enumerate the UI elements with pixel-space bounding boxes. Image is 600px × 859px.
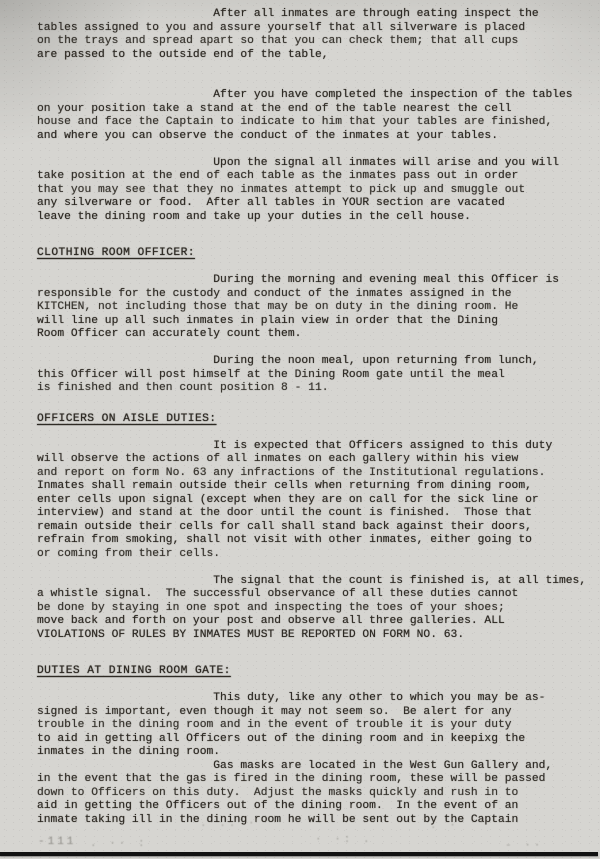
text-line: take position at the end of each table a… — [37, 170, 594, 184]
text-line: is finished and then count position 8 - … — [37, 382, 594, 396]
text-line: Room Officer can accurately count them. — [37, 328, 594, 342]
text-line: After all inmates are through eating ins… — [37, 8, 594, 22]
text-line: down to Officers on this duty. Adjust th… — [37, 787, 594, 801]
text-line: Gas masks are located in the West Gun Ga… — [37, 760, 594, 774]
text-line: interview) and stand at the door until t… — [37, 507, 594, 521]
scan-edge-artifact — [0, 852, 598, 856]
text-line: will observe the actions of all inmates … — [37, 453, 594, 467]
text-line: on your position take a stand at the end… — [37, 103, 594, 117]
para-after-inspection: After you have completed the inspection … — [37, 89, 594, 143]
text-line: aid in getting the Officers out of the d… — [37, 800, 594, 814]
ink-smudge: . .. · — [200, 818, 258, 830]
text-line: This duty, like any other to which you m… — [37, 692, 594, 706]
ink-smudge: - ·· — [505, 840, 543, 852]
text-line: signed is important, even though it may … — [37, 706, 594, 720]
text-line: inmate taking ill in the dining room he … — [37, 814, 594, 828]
text-line: and report on form No. 63 any infraction… — [37, 467, 594, 481]
faded-page-number: -111 — [38, 836, 76, 848]
text-line: Upon the signal all inmates will arise a… — [37, 157, 594, 171]
ink-smudge: . · — [430, 820, 459, 832]
text-line: be done by staying in one spot and inspe… — [37, 602, 594, 616]
text-flow: After all inmates are through eating ins… — [37, 8, 594, 827]
text-line: During the morning and evening meal this… — [37, 274, 594, 288]
text-line: on the trays and spread apart so that yo… — [37, 35, 594, 49]
ink-smudge: . ·· : — [90, 838, 148, 850]
text-line: that you may see that they no inmates at… — [37, 184, 594, 198]
text-line: During the noon meal, upon returning fro… — [37, 355, 594, 369]
text-line: VIOLATIONS OF RULES BY INMATES MUST BE R… — [37, 629, 594, 643]
text-line: trouble in the dining room and in the ev… — [37, 719, 594, 733]
text-line: to aid in getting all Officers out of th… — [37, 733, 594, 747]
text-line: move back and forth on your post and obs… — [37, 615, 594, 629]
para-clothing-room-noon-meal: During the noon meal, upon returning fro… — [37, 355, 594, 396]
text-line: a whistle signal. The successful observa… — [37, 588, 594, 602]
para-upon-signal: Upon the signal all inmates will arise a… — [37, 157, 594, 225]
text-line: tables assigned to you and assure yourse… — [37, 22, 594, 36]
para-whistle-signal: The signal that the count is finished is… — [37, 575, 594, 643]
text-line: this Officer will post himself at the Di… — [37, 369, 594, 383]
text-line: or coming from their cells. — [37, 548, 594, 562]
text-line: in the event that the gas is fired in th… — [37, 773, 594, 787]
text-line: remain outside their cells for call shal… — [37, 521, 594, 535]
text-line: The signal that the count is finished is… — [37, 575, 594, 589]
para-aisle-duties-expectations: It is expected that Officers assigned to… — [37, 440, 594, 562]
para-inspect-tables: After all inmates are through eating ins… — [37, 8, 594, 62]
text-line: responsible for the custody and conduct … — [37, 288, 594, 302]
text-line: leave the dining room and take up your d… — [37, 211, 594, 225]
para-clothing-room-morning-evening: During the morning and evening meal this… — [37, 274, 594, 342]
heading-clothing-room-officer: CLOTHING ROOM OFFICER: — [37, 247, 594, 261]
text-line: and where you can observe the conduct of… — [37, 130, 594, 144]
heading-officers-on-aisle-duties: OFFICERS ON AISLE DUTIES: — [37, 413, 594, 427]
text-line: will line up all such inmates in plain v… — [37, 315, 594, 329]
text-line: any silverware or food. After all tables… — [37, 197, 594, 211]
text-line: house and face the Captain to indicate t… — [37, 116, 594, 130]
text-line: KITCHEN, not including those that may be… — [37, 301, 594, 315]
section-heading-text: CLOTHING ROOM OFFICER: — [37, 247, 594, 261]
ink-smudge: · ·: . — [315, 834, 373, 846]
text-line: Inmates shall remain outside their cells… — [37, 480, 594, 494]
section-heading-text: OFFICERS ON AISLE DUTIES: — [37, 413, 594, 427]
section-heading-text: DUTIES AT DINING ROOM GATE: — [37, 665, 594, 679]
text-line: refrain from smoking, shall not visit wi… — [37, 534, 594, 548]
para-gate-duty-importance: This duty, like any other to which you m… — [37, 692, 594, 760]
text-line: inmates in the dining room. — [37, 746, 594, 760]
text-line: enter cells upon signal (except when the… — [37, 494, 594, 508]
para-gas-masks: Gas masks are located in the West Gun Ga… — [37, 760, 594, 828]
document-page: After all inmates are through eating ins… — [0, 0, 600, 859]
text-line: are passed to the outside end of the tab… — [37, 49, 594, 63]
heading-duties-at-dining-room-gate: DUTIES AT DINING ROOM GATE: — [37, 665, 594, 679]
text-line: After you have completed the inspection … — [37, 89, 594, 103]
text-line: It is expected that Officers assigned to… — [37, 440, 594, 454]
